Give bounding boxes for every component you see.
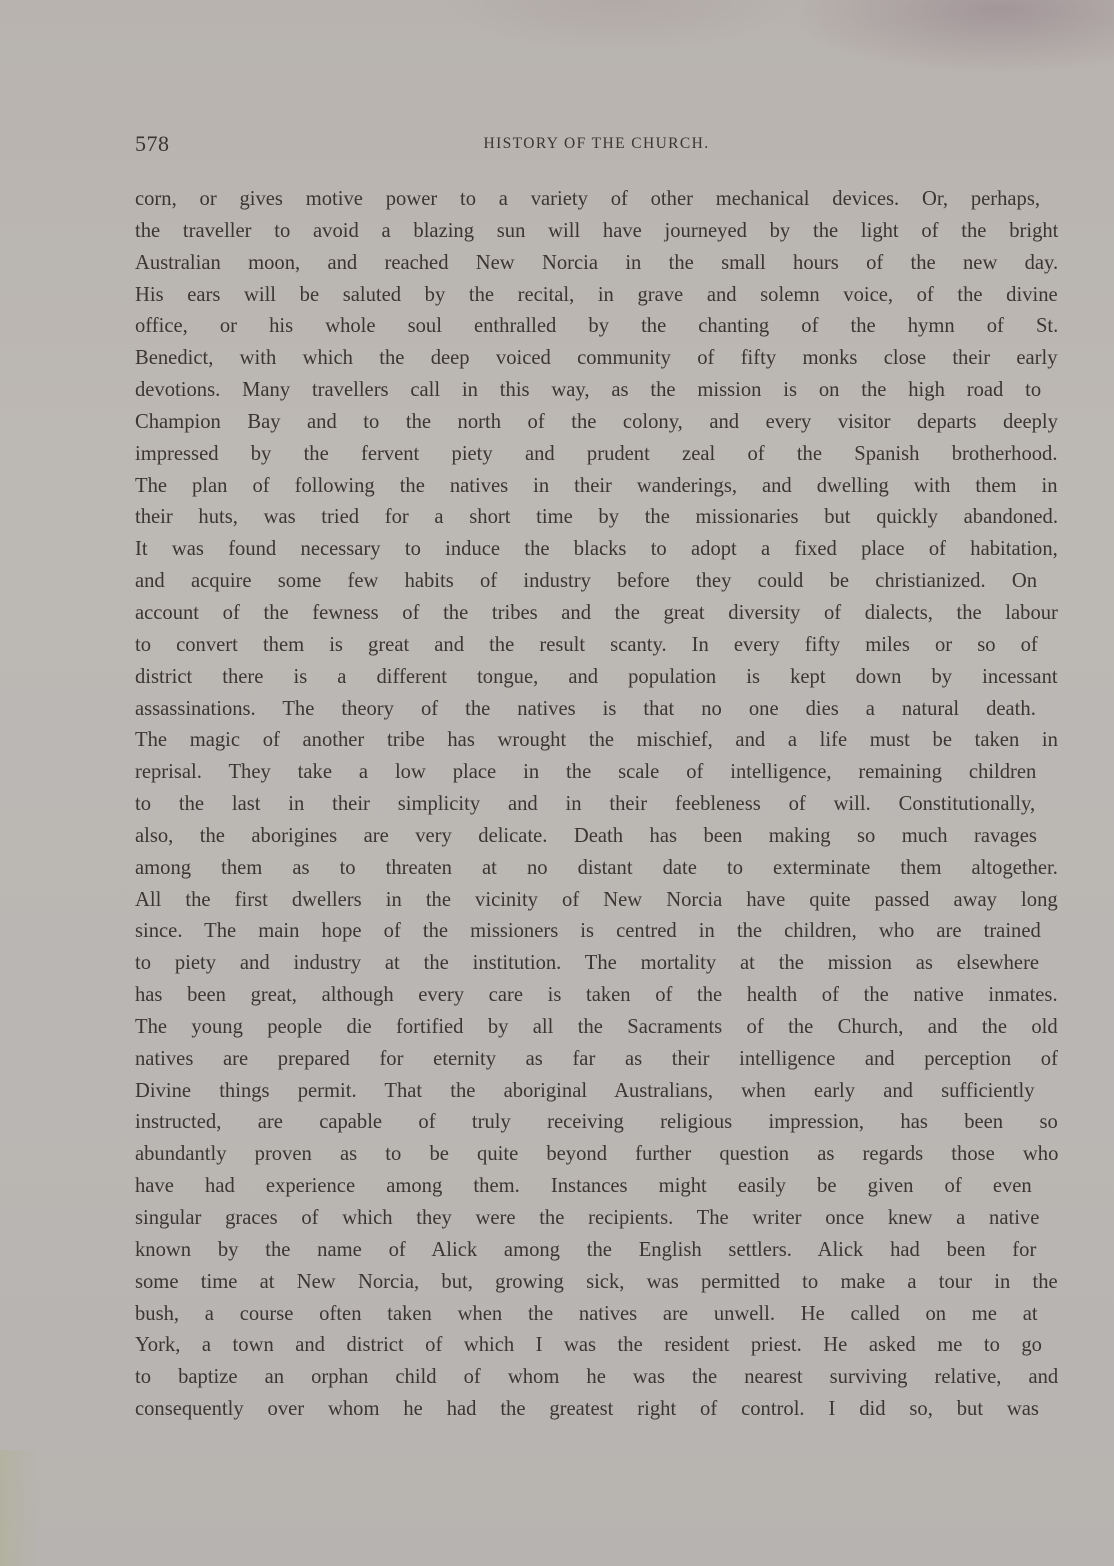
text-line: to convert them is great and the result … [135, 630, 1058, 662]
text-line: instructed, are capable of truly receivi… [135, 1107, 1058, 1139]
text-line: It was found necessary to induce the bla… [135, 534, 1058, 566]
text-line: The plan of following the natives in the… [135, 471, 1058, 503]
text-line: bush, a course often taken when the nati… [135, 1299, 1058, 1331]
running-title: HISTORY OF THE CHURCH. [135, 135, 1058, 153]
text-line: devotions. Many travellers call in this … [135, 375, 1058, 407]
text-line: district there is a different tongue, an… [135, 662, 1058, 694]
text-line: the traveller to avoid a blazing sun wil… [135, 216, 1058, 248]
text-line: consequently over whom he had the greate… [135, 1394, 1058, 1426]
text-line: Champion Bay and to the north of the col… [135, 407, 1058, 439]
text-line: and acquire some few habits of industry … [135, 566, 1058, 598]
text-line: office, or his whole soul enthralled by … [135, 311, 1058, 343]
text-line: Divine things permit. That the aborigina… [135, 1076, 1058, 1108]
text-line: corn, or gives motive power to a variety… [135, 184, 1058, 216]
text-line: His ears will be saluted by the recital,… [135, 280, 1058, 312]
text-line: The young people die fortified by all th… [135, 1012, 1058, 1044]
text-line: to piety and industry at the institution… [135, 948, 1058, 980]
text-line: some time at New Norcia, but, growing si… [135, 1267, 1058, 1299]
text-line: abundantly proven as to be quite beyond … [135, 1139, 1058, 1171]
text-line: impressed by the fervent piety and prude… [135, 439, 1058, 471]
text-line: to the last in their simplicity and in t… [135, 789, 1058, 821]
page-header: 578 HISTORY OF THE CHURCH. [135, 131, 1058, 159]
text-line: have had experience among them. Instance… [135, 1171, 1058, 1203]
text-line: Australian moon, and reached New Norcia … [135, 248, 1058, 280]
text-line: reprisal. They take a low place in the s… [135, 757, 1058, 789]
text-line: Benedict, with which the deep voiced com… [135, 343, 1058, 375]
text-line: known by the name of Alick among the Eng… [135, 1235, 1058, 1267]
text-line: their huts, was tried for a short time b… [135, 502, 1058, 534]
text-line: singular graces of which they were the r… [135, 1203, 1058, 1235]
text-line: All the first dwellers in the vicinity o… [135, 885, 1058, 917]
text-line: natives are prepared for eternity as far… [135, 1044, 1058, 1076]
text-line: among them as to threaten at no distant … [135, 853, 1058, 885]
text-line: since. The main hope of the missioners i… [135, 916, 1058, 948]
text-line: account of the fewness of the tribes and… [135, 598, 1058, 630]
text-line: assassinations. The theory of the native… [135, 694, 1058, 726]
text-line: The magic of another tribe has wrought t… [135, 725, 1058, 757]
body-text: corn, or gives motive power to a variety… [135, 184, 1058, 1426]
text-line: has been great, although every care is t… [135, 980, 1058, 1012]
text-line: York, a town and district of which I was… [135, 1330, 1058, 1362]
text-line: to baptize an orphan child of whom he wa… [135, 1362, 1058, 1394]
text-line: also, the aborigines are very delicate. … [135, 821, 1058, 853]
